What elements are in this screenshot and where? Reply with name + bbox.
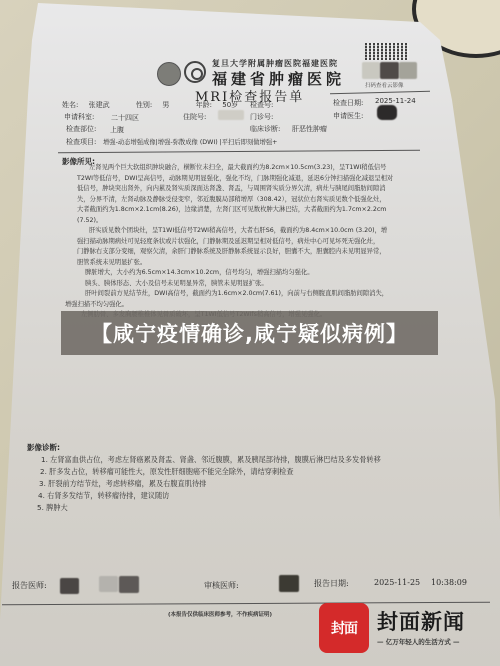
requesting-doctor-label: 申请医生:	[333, 111, 363, 121]
exam-items-value: 增强-动态增强成像|增强-弥散成像 (DWI) |平扫后即刻做增强+	[103, 137, 277, 146]
headline-overlay-banner: 【咸宁疫情确诊,咸宁疑似病例】	[61, 311, 438, 355]
clinical-diagnosis-label: 临床诊断:	[250, 124, 280, 134]
diagnosis-item-2: 2. 肝多发占位，转移瘤可能性大，原发性肝细胞癌不能完全除外，请结穿刺检查	[40, 467, 294, 477]
findings-line: (7.52)。	[77, 216, 393, 227]
diagnosis-title: 影像诊断:	[27, 442, 60, 453]
disclaimer-text: (本报告仅供临床医师参考，不作疾病证明)	[168, 610, 272, 618]
redacted-block	[362, 62, 380, 79]
cover-news-logo-icon: 封面	[319, 603, 369, 653]
findings-line: 强扫描动脉期病灶可见轻度条状或片状强化，门静脉期及延迟期呈相对低信号，病灶中心可…	[77, 237, 393, 248]
findings-body: 左肾见两个巨大软组织肿块融合，横断位未扫全，最大截面约为8.2cm×10.5cm…	[77, 163, 393, 321]
exam-no-label: 检查号:	[250, 100, 273, 110]
findings-line: 门静脉右支部分变细，观察欠清，余肝门静脉系统及肝静脉系统显示良好，胆囊不大，胆囊…	[77, 247, 393, 258]
report-time-value: 10:38:09	[431, 578, 467, 587]
findings-line: 大者截面约为1.8cm×2.1cm(8.26)，边缘清楚，左肾门区可见数枚肿大淋…	[77, 205, 393, 216]
inpatient-no-label: 住院号:	[183, 112, 206, 122]
clinical-diagnosis-value: 肝恶性肿瘤	[292, 124, 327, 134]
findings-line: 胰头、胰体形态、大小及信号未见明显异常，胰管未见明显扩张。	[77, 279, 393, 290]
hospital-logo-icon	[184, 61, 206, 83]
dept-value: 二十四区	[111, 113, 139, 123]
footer-divider	[2, 602, 490, 606]
report-date-value: 2025-11-25	[374, 578, 420, 587]
qr-code-icon[interactable]	[365, 43, 409, 60]
header-rule	[330, 91, 430, 95]
redacted-signature	[279, 575, 299, 592]
university-logo-icon	[157, 62, 181, 86]
report-date-label: 报告日期:	[314, 578, 349, 589]
redacted-block	[377, 105, 397, 120]
name-value: 张建武	[89, 101, 110, 109]
cover-news-name: 封面新闻	[377, 606, 465, 636]
redacted-block	[380, 62, 399, 79]
diagnosis-item-3: 3. 肝裂前方结节灶，考虑转移瘤，累及右腹直肌待排	[39, 479, 206, 489]
headline-overlay-text: 【咸宁疫情确诊,咸宁疑似病例】	[91, 318, 408, 348]
diagnosis-item-5: 5. 脾肿大	[37, 503, 68, 513]
findings-line: 肝叶间裂前方见结节灶，DWI高信号，截面约为1.6cm×2.0cm(7.61)，…	[77, 289, 393, 300]
diagnosis-item-4: 4. 右肾多发结节，转移瘤待排，建议随访	[38, 491, 169, 501]
cover-news-slogan: — 亿万年轻人的生活方式 —	[377, 637, 460, 646]
name-label: 姓名:	[62, 101, 78, 109]
redacted-signature	[99, 576, 118, 592]
mri-report-document: 复旦大学附属肿瘤医院福建医院 福建省肿瘤医院 MRI检查报告单 扫码查看云影像 …	[0, 0, 500, 666]
cover-news-logo-text: 封面	[331, 618, 357, 638]
age-label: 年龄:	[196, 101, 212, 109]
diagnosis-item-1: 1. 左肾富血供占位，考虑左肾癌累及肾盂、肾盏、邻近腹膜，累及胰尾部待排，腹膜后…	[41, 455, 381, 465]
reviewer-label: 审核医师:	[204, 580, 239, 591]
exam-site-value: 上腹	[110, 125, 124, 135]
findings-line: 左肾见两个巨大软组织肿块融合，横断位未扫全，最大截面约为8.2cm×10.5cm…	[77, 163, 393, 174]
qr-caption: 扫码查看云影像	[365, 81, 404, 89]
exam-items-label: 检查项目:	[66, 137, 96, 147]
findings-line: 肝实质见数个团块灶，呈T1WI低信号T2WI稍高信号，大者右肝S6，截面约为8.…	[77, 226, 393, 237]
exam-site-label: 检查部位:	[66, 124, 96, 134]
outpatient-no-label: 门诊号:	[250, 112, 273, 122]
redacted-signature	[60, 578, 79, 594]
age-value: 50岁	[222, 101, 238, 109]
dept-label: 申请科室:	[64, 112, 94, 122]
exam-date-label: 检查日期:	[333, 98, 363, 108]
findings-line: 低信号，肿块突出肾外，向内累及肾实质深面达肾盏、肾盂，与周围肾实质分界欠清，病灶…	[77, 184, 393, 195]
redacted-signature	[119, 576, 139, 593]
redacted-block	[218, 110, 244, 120]
reporter-label: 报告医师:	[12, 580, 47, 591]
sex-label: 性别:	[136, 101, 152, 109]
findings-line: 脾脏增大，大小约为6.5cm×14.3cm×10.2cm，信号均匀，增强扫描均匀…	[77, 268, 393, 279]
findings-line: 失，分界不清，左肾动脉及静脉受侵变窄，邻近腹膜局部稍增厚（308.42），冠状位…	[77, 195, 393, 206]
findings-line: T2WI等低信号，DWI呈高信号，动脉期见明显强化，强化不均，门脉期强化减退，延…	[77, 174, 393, 185]
info-divider	[58, 150, 420, 154]
findings-line: 胆管系统未见明显扩张。	[77, 258, 393, 269]
exam-date-value: 2025-11-24	[375, 97, 416, 105]
redacted-block	[399, 62, 417, 79]
patient-info-row-1: 姓名: 张建武 性别: 男 年龄: 50岁	[62, 100, 238, 110]
sex-value: 男	[162, 101, 169, 109]
findings-line: 增强扫描不均匀强化。	[65, 300, 393, 311]
